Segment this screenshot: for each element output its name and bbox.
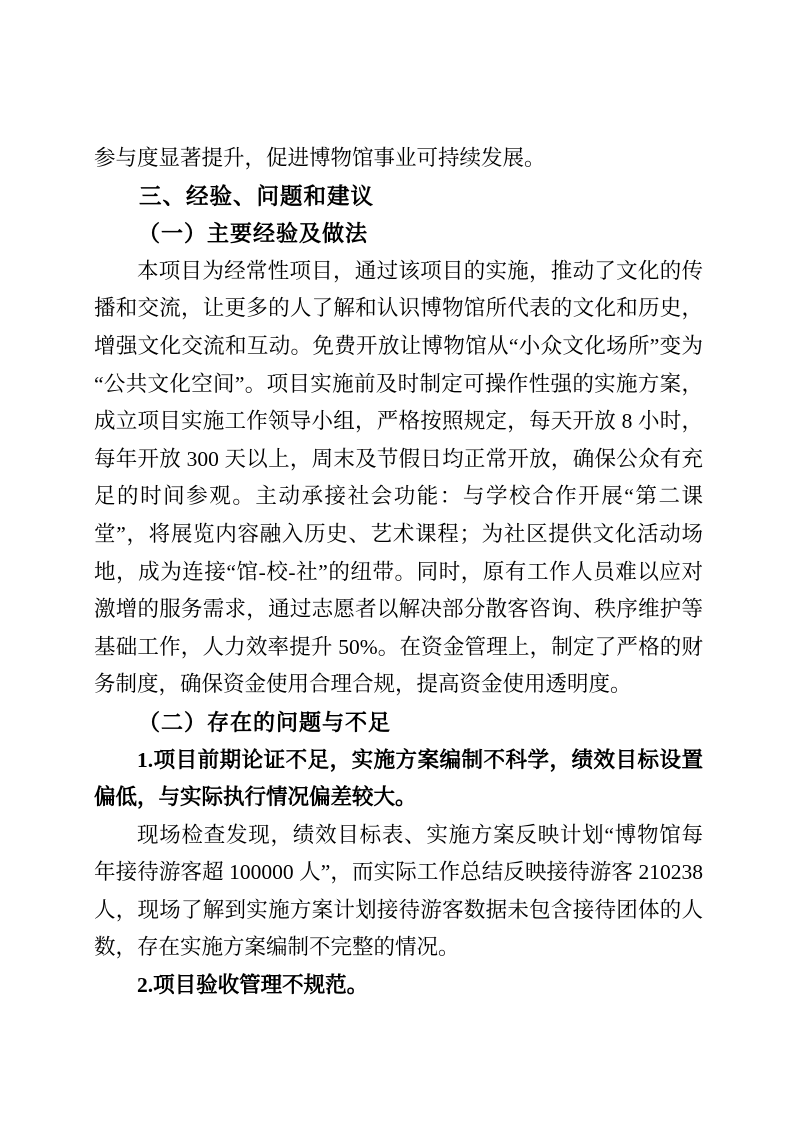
carryover-paragraph: 参与度显著提升，促进博物馆事业可持续发展。 [94,140,703,178]
subsection-heading-experience: （一）主要经验及做法 [94,215,703,253]
problem-1-paragraph: 现场检查发现，绩效目标表、实施方案反映计划“博物馆每年接待游客超 100000 … [94,817,703,967]
problem-2-heading: 2.项目验收管理不规范。 [94,967,703,1005]
document-text-block: 参与度显著提升，促进博物馆事业可持续发展。 三、经验、问题和建议 （一）主要经验… [94,140,703,1005]
section-heading: 三、经验、问题和建议 [94,178,703,216]
experience-paragraph: 本项目为经常性项目，通过该项目的实施，推动了文化的传播和交流，让更多的人了解和认… [94,253,703,704]
problem-1-heading: 1.项目前期论证不足，实施方案编制不科学，绩效目标设置偏低，与实际执行情况偏差较… [94,742,703,817]
document-page: 参与度显著提升，促进博物馆事业可持续发展。 三、经验、问题和建议 （一）主要经验… [0,0,793,1122]
subsection-heading-problems: （二）存在的问题与不足 [94,704,703,742]
